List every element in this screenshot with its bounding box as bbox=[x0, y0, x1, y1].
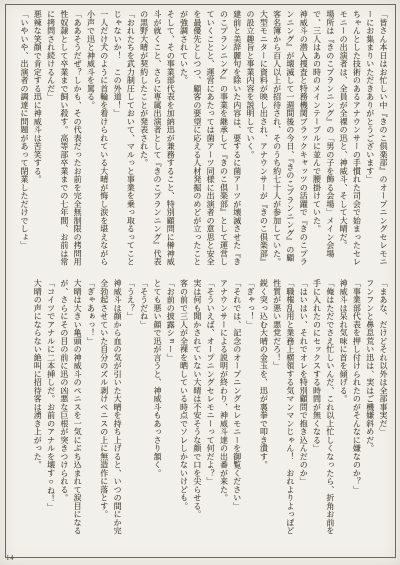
paragraph-19: 「ぎゃあぁっ！」 bbox=[84, 279, 97, 537]
paragraph-7: 鋭く突っ込む大晴の金玉を、迅が裏拳で叩き潰す。 bbox=[257, 279, 270, 537]
paragraph-9: 「ああそうだぜ？しかも、その代表だったお前を完全無制限の拷問用性奴隷として卒業ま… bbox=[44, 10, 84, 268]
paragraph-18: 神威斗は顔から血の気が引いた大晴を持ち上げると、いつの間にか完全勃起させていた自… bbox=[97, 279, 124, 537]
text-area: 「皆さん本日はお忙しい中『きのこ倶楽部』のオープニングセレモニーにお集まりいただ… bbox=[13, 10, 390, 547]
paragraph-1: ちゃんとした技術のあるアナウンサーの手慣れた司会で始まったセレモニーの出演者は、… bbox=[337, 10, 364, 268]
paragraph-8: 「ぎゃっ！」 bbox=[244, 279, 257, 537]
paragraph-0: 「皆さん本日はお忙しい中『きのこ倶楽部』のオープニングセレモニーにお集まりいただ… bbox=[363, 10, 390, 268]
paragraph-2: 「事業部代表を押し付けられたのがそんなに嫌なのか？」 bbox=[350, 279, 363, 537]
paragraph-13: 客の前で三人が全裸を晒している時点でソレしかないけども。 bbox=[177, 279, 190, 537]
paragraph-20: 大晴は大きい亀頭の神威斗のペニスを一気にぶち込まれて涙目になるが、さらにその目の… bbox=[58, 279, 85, 537]
paragraph-14: 「お前の披露ショー」 bbox=[164, 279, 177, 537]
paragraph-10: アナウンサーによる説明が終わり、神威斗達の出番が来た。 bbox=[217, 279, 230, 537]
paragraph-17: 「うえ？」 bbox=[124, 279, 137, 537]
paragraph-15: とても悪い顔で迅が言うと、神威斗もあっさり頷く。 bbox=[151, 279, 164, 537]
paragraph-4: 「俺はただでさえ忙しいんだ、これ以上忙しくなったら、折角お前を手に入れたのにセッ… bbox=[310, 279, 337, 537]
upper-text-band: 「皆さん本日はお忙しい中『きのこ倶楽部』のオープニングセレモニーにお集まりいただ… bbox=[13, 10, 390, 268]
paragraph-1: フンフンと鼻息荒い迅は、実はご機嫌斜めだ。 bbox=[363, 279, 376, 537]
lower-text-band: 「まあな、だけどそれ以外は全部事実だ」フンフンと鼻息荒い迅は、実はご機嫌斜めだ。… bbox=[13, 279, 390, 537]
paragraph-5: 建前と美辞麗句を除いた内容は、要するに菌アーツが壊滅させた『きのこプランニング』… bbox=[177, 10, 243, 268]
paragraph-3: 神威斗は呆れ気味に首を傾げる。 bbox=[337, 279, 350, 537]
paragraph-8: 一人だけ犬のように首輪を着けられている大晴が悔し涙を堪えながら小声で迅と神威斗を… bbox=[84, 10, 111, 268]
paragraph-11: 「そういえば、オープニングセレモニーって何だよ？」 bbox=[204, 279, 217, 537]
paragraph-7: 「おれたちを武力制圧しておいて、マルっと事業を乗っ取るってことじゃないか！ この… bbox=[111, 10, 138, 268]
scanned-novel-page: 「皆さん本日はお忙しい中『きのこ倶楽部』のオープニングセレモニーにお集まりいただ… bbox=[0, 0, 400, 565]
paragraph-2: 場所は『きのこプランニング』の「男の子を飾る会場」メイン会場で、三人はあの時のメ… bbox=[310, 10, 337, 268]
paragraph-6: 「職権乱用と業務上横領する気マンマンじゃん！ おれよりよっぽど性質が悪い悪党だろ… bbox=[270, 279, 297, 537]
paragraph-6: そして、その事業部代表を加納迅が兼務すること、特別顧問に榊神威斗が就くこと、さら… bbox=[137, 10, 177, 268]
paragraph-11: 「いやいや、出演者の調達に問題があって閉業しただけでしょ」 bbox=[18, 10, 31, 268]
paragraph-4: 大型モニターに資料が映し出され、アナウンサーが『きのこ倶楽部』の設立趣旨と事業内… bbox=[244, 10, 271, 268]
paragraph-12: 実は何も聞かされていない大晴は不安そうな顔で口を尖らせる。 bbox=[191, 279, 204, 537]
page-number: 14 bbox=[6, 554, 14, 562]
paragraph-5: 「はいはい、それでオレを特別顧問で抱き込んだのか」 bbox=[297, 279, 310, 537]
paragraph-21: 「コイツでアナルに二本挿しだ。お前のアナルを壊す○ね！」 bbox=[44, 279, 57, 537]
paragraph-9: 「それでは、記念のオープニングセレモニーを御覧ください」 bbox=[230, 279, 243, 537]
paragraph-10: 悪辣な笑顔で肯定する迅に神威斗は苦笑する。 bbox=[31, 10, 44, 268]
paragraph-22: 大晴の声にならない絶叫に招待客は湧き上がった。 bbox=[31, 279, 44, 537]
paragraph-0: 「まあな、だけどそれ以外は全部事実だ」 bbox=[377, 279, 390, 537]
paragraph-16: 「そうだね」 bbox=[137, 279, 150, 537]
paragraph-3: 神威斗の潜入捜査と特務機関ブラックキャッツの活躍で『きのこプランニング』が壊滅し… bbox=[270, 10, 310, 268]
